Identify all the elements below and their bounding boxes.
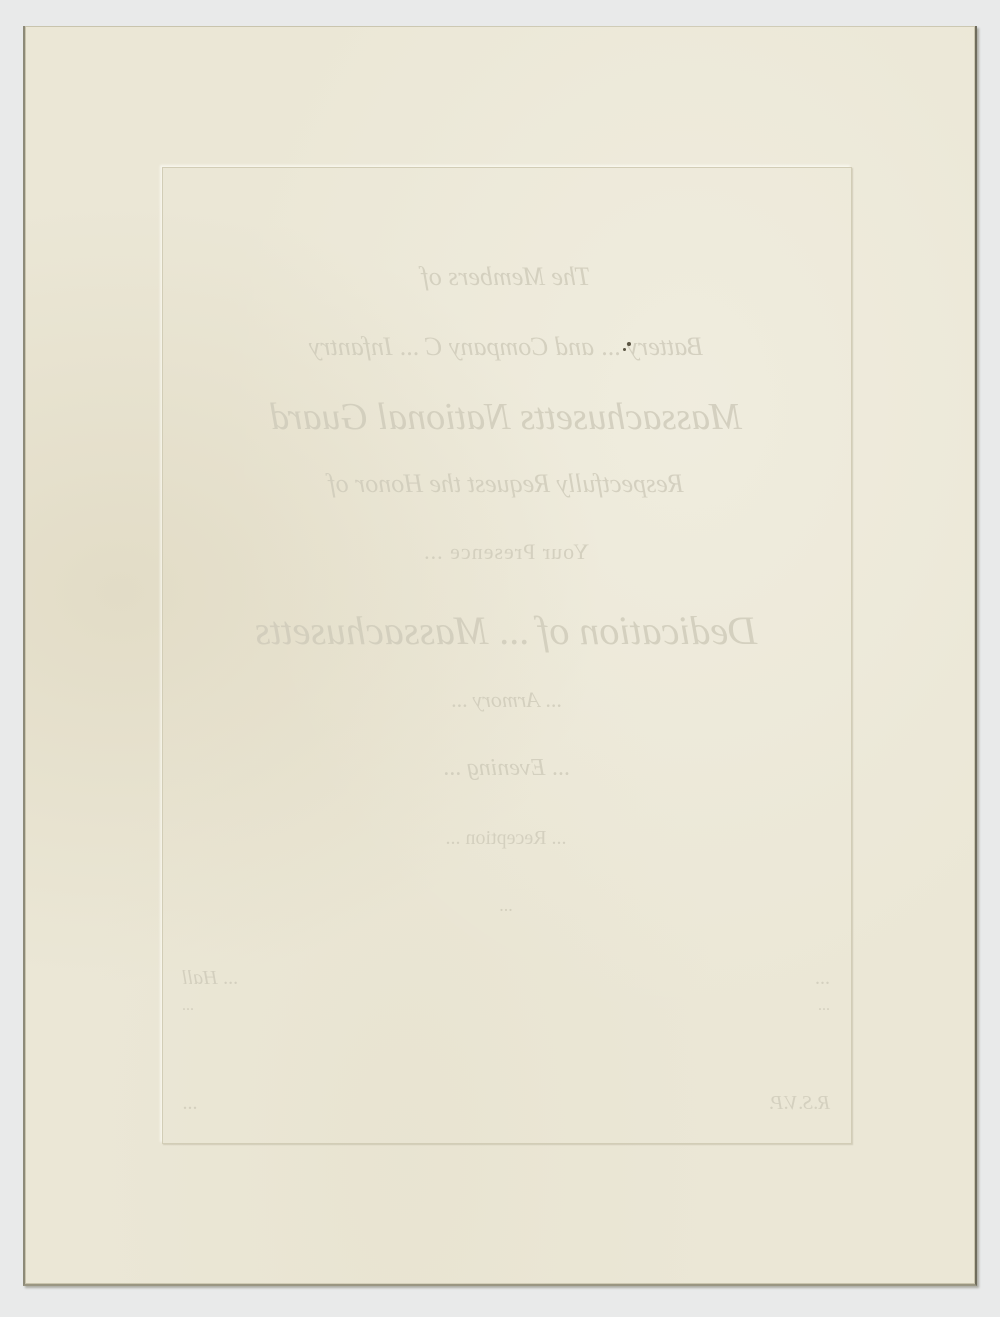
show-through-line: Massachusetts National Guard: [162, 395, 850, 439]
show-through-line: ... Reception ...: [162, 827, 850, 850]
show-through-line: The Members of: [162, 262, 850, 292]
show-through-line: Respectfully Request the Honor of: [162, 469, 850, 499]
footer-left-line: ...: [818, 997, 830, 1015]
footer-right-line: ... Hall: [182, 967, 238, 990]
paper-speck: [627, 342, 631, 346]
footer-left-line: ...: [815, 967, 830, 990]
show-through-line: Your Presence ...: [162, 539, 850, 565]
show-through-line: Battery ... and Company C ... Infantry: [162, 332, 850, 362]
card: The Members of Battery ... and Company C…: [23, 26, 977, 1286]
show-through-line: Dedication of ... Massachusetts: [162, 607, 850, 654]
show-through-line: ... Evening ...: [162, 755, 850, 782]
mirrored-show-through-text: The Members of Battery ... and Company C…: [162, 167, 850, 1142]
footer-rsvp: R.S.V.P.: [769, 1092, 831, 1115]
footer-right-line: ...: [182, 1092, 197, 1115]
show-through-line: ... Armory ...: [162, 687, 850, 713]
show-through-line: ...: [162, 895, 850, 916]
footer-right-line: ...: [182, 997, 194, 1015]
paper-speck: [623, 348, 626, 351]
